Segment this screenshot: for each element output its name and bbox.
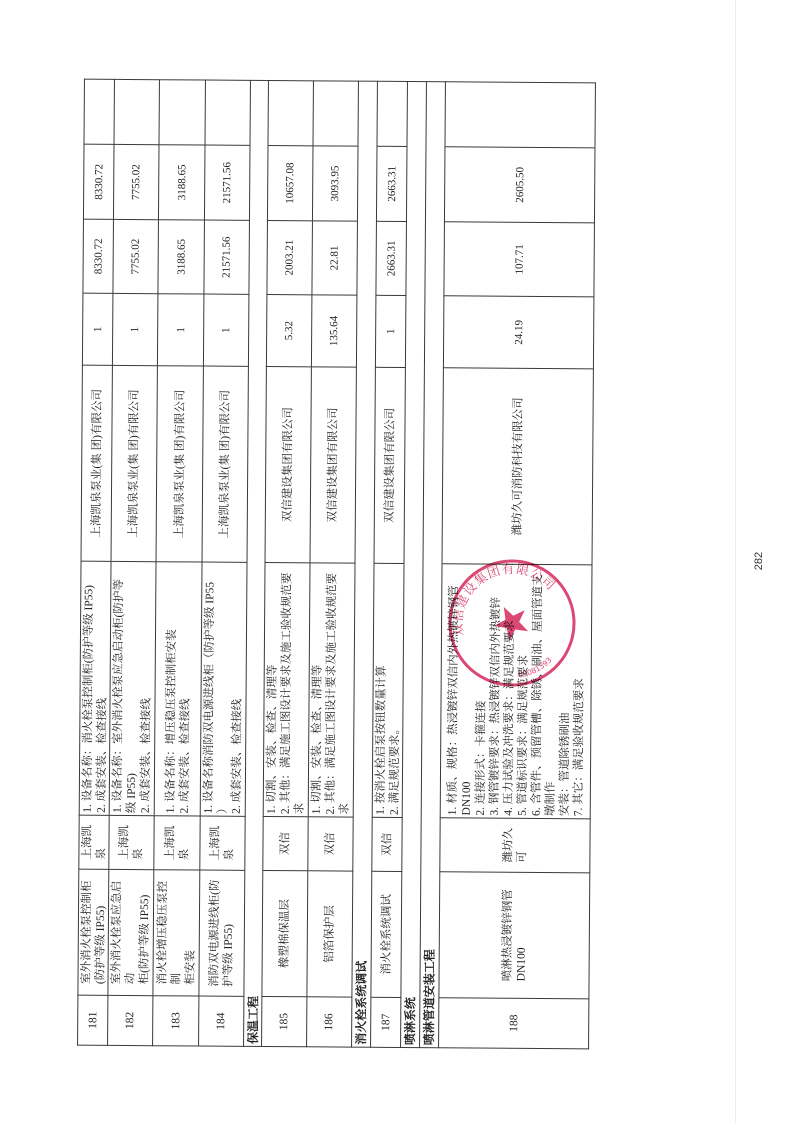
manufacturer-cell: 上海凯泉泵业(集 团)有限公司 xyxy=(202,366,248,562)
remark-cell xyxy=(159,79,205,144)
seq-cell: 186 xyxy=(307,996,352,1046)
seq-cell: 182 xyxy=(108,995,153,1045)
remark-cell xyxy=(114,79,159,144)
item-name: 消火栓系统调试 xyxy=(379,894,394,975)
item-name-cell: 消防双电源进线柜(防 护等级 IP55) xyxy=(199,870,245,996)
item-name: 消火栓增压稳压泵控 制 柜安装 xyxy=(155,880,198,984)
manufacturer-cell: 潍坊久可消防科技有限公司 xyxy=(442,367,593,564)
features-cell: 1. 按消火栓启泵按钮数量计算 2. 满足规范要求。 xyxy=(372,563,404,817)
manufacturer-cell: 上海凯泉泵业(集 团)有限公司 xyxy=(111,365,157,561)
item-name: 喷淋热浸镀锌钢管 DN100 xyxy=(500,889,529,981)
table-row: 182 室外消火栓泵应急启 动 柜(防护等级 IP55) 上海凯 泉 1. 设备… xyxy=(108,79,160,1045)
table-row: 184 消防双电源进线柜(防 护等级 IP55) 上海凯 泉 1. 设备名称消防… xyxy=(199,80,251,1046)
amount-cell: 2663.31 xyxy=(376,146,407,221)
seal-code-text: 09081393 xyxy=(515,654,555,682)
item-name-cell: 室外消火栓泵应急启 动 柜(防护等级 IP55) xyxy=(108,869,154,995)
seal-star-icon xyxy=(489,599,534,644)
unit-price-cell: 2003.21 xyxy=(267,220,313,294)
table-row: 186 铝箔保护层 双信 1. 切割、安装、检查、清理等 2. 其他：满足施工图… xyxy=(307,80,359,1046)
amount-cell: 21571.56 xyxy=(204,145,250,220)
item-name: 消防双电源进线柜(防 护等级 IP55) xyxy=(207,879,236,987)
seq-cell: 183 xyxy=(153,995,199,1045)
brand-cell: 上海凯 泉 xyxy=(200,816,245,870)
remark-cell xyxy=(445,81,595,147)
brand: 双信 xyxy=(278,832,292,855)
features-cell: 1. 切割、安装、检查、清理等 2. 其他：满足施工图设计要求及施工验收规范要 … xyxy=(308,562,355,816)
brand: 上海凯 泉 xyxy=(163,825,191,860)
unit-price-cell: 7755.02 xyxy=(113,219,159,293)
manufacturer-cell: 双信建设集团有限公司 xyxy=(310,366,356,562)
brand: 双信 xyxy=(323,832,337,855)
quantity-cell: 24.19 xyxy=(443,295,594,368)
seq-cell: 185 xyxy=(262,996,307,1046)
quantity-cell: 1 xyxy=(112,293,158,365)
remark-cell xyxy=(84,79,114,144)
manufacturer-cell: 双信建设集团有限公司 xyxy=(374,367,405,563)
brand: 上海凯 泉 xyxy=(208,825,236,860)
seq-cell: 181 xyxy=(78,995,108,1045)
brand-cell: 上海凯 泉 xyxy=(154,815,200,869)
brand-cell: 双信 xyxy=(263,816,308,870)
item-name-cell: 室外消火栓泵控制柜 (防护等级 IP55) xyxy=(78,869,109,995)
unit-price-cell: 21571.56 xyxy=(204,220,250,294)
unit-price-cell: 3188.65 xyxy=(158,219,205,293)
amount-cell: 8330.72 xyxy=(83,144,114,219)
seq-cell: 184 xyxy=(199,996,244,1046)
item-name: 橡塑棉保温层 xyxy=(278,899,292,968)
quantity-cell: 1 xyxy=(375,295,406,367)
brand: 双信 xyxy=(380,832,394,855)
table-row: 183 消火栓增压稳压泵控 制 柜安装 上海凯 泉 1. 设备名称：增压稳压泵控… xyxy=(153,79,206,1045)
brand: 上海凯 泉 xyxy=(117,825,145,860)
brand-cell: 双信 xyxy=(372,817,402,871)
table-row: 185 橡塑棉保温层 双信 1. 切割、安装、检查、清理等 2. 其他：满足施工… xyxy=(262,80,314,1046)
manufacturer-cell: 上海凯泉泵业(集 团)有限公司 xyxy=(156,365,203,561)
features-cell: 1. 设备名称消防双电源进线柜（防护等级 IP55 ） 2. 成套安装、检查接线 xyxy=(200,562,247,816)
amount-cell: 2605.50 xyxy=(444,146,595,222)
item-name-cell: 铝箔保护层 xyxy=(307,870,353,996)
brand: 潍坊久 可 xyxy=(501,827,529,862)
item-name: 铝箔保护层 xyxy=(323,905,337,963)
brand: 上海凯 泉 xyxy=(80,824,108,859)
brand-cell: 上海凯 泉 xyxy=(109,815,154,869)
seq-cell: 188 xyxy=(439,997,589,1048)
seq-cell: 187 xyxy=(371,997,401,1047)
features-cell: 1. 设备名称：室外消火栓泵应急启动柜(防护等 级 IP55) 2. 成套安装、… xyxy=(109,561,156,815)
features-cell: 1. 设备名称：增压稳压泵控制柜安装 2. 成套安装、检查接线 xyxy=(154,561,202,815)
manufacturer-cell: 上海凯泉泵业(集 团)有限公司 xyxy=(81,365,112,561)
quantity-cell: 1 xyxy=(203,294,249,366)
quantity-cell: 1 xyxy=(157,293,204,365)
quantity-cell: 135.64 xyxy=(311,294,357,366)
scan-artifact-line xyxy=(735,0,736,1123)
quantity-cell: 5.32 xyxy=(266,294,312,366)
remark-cell xyxy=(313,80,358,145)
item-name: 室外消火栓泵控制柜 (防护等级 IP55) xyxy=(79,880,108,984)
item-name-cell: 喷淋热浸镀锌钢管 DN100 xyxy=(439,871,590,998)
unit-price-cell: 8330.72 xyxy=(83,219,114,293)
item-name-cell: 橡塑棉保温层 xyxy=(262,870,308,996)
features-cell: 1. 切割、安装、检查、清理等 2. 其他：满足施工图设计要求及施工验收规范要 … xyxy=(263,562,310,816)
brand-cell: 双信 xyxy=(308,816,353,870)
manufacturer-cell: 双信建设集团有限公司 xyxy=(265,366,311,562)
item-name: 室外消火栓泵应急启 动 柜(防护等级 IP55) xyxy=(109,880,152,984)
remark-cell xyxy=(377,81,407,146)
amount-cell: 3188.65 xyxy=(158,144,205,219)
amount-cell: 3093.95 xyxy=(312,145,358,220)
unit-price-cell: 2663.31 xyxy=(376,221,407,295)
quantity-cell: 1 xyxy=(82,293,113,365)
unit-price-cell: 107.71 xyxy=(444,221,595,296)
amount-cell: 10657.08 xyxy=(267,145,313,220)
brand-cell: 上海凯 泉 xyxy=(79,815,109,869)
remark-cell xyxy=(268,80,313,145)
remark-cell xyxy=(205,80,250,145)
item-name-cell: 消火栓增压稳压泵控 制 柜安装 xyxy=(153,869,200,995)
unit-price-cell: 22.81 xyxy=(312,220,358,294)
features-cell: 1. 设备名称：消火栓泵控制柜(防护等级 IP55) 2. 成套安装、检查接线 xyxy=(79,561,111,815)
brand-cell: 潍坊久 可 xyxy=(440,817,590,872)
page-number: 282 xyxy=(753,546,765,576)
amount-cell: 7755.02 xyxy=(113,144,159,219)
item-name-cell: 消火栓系统调试 xyxy=(371,871,402,997)
